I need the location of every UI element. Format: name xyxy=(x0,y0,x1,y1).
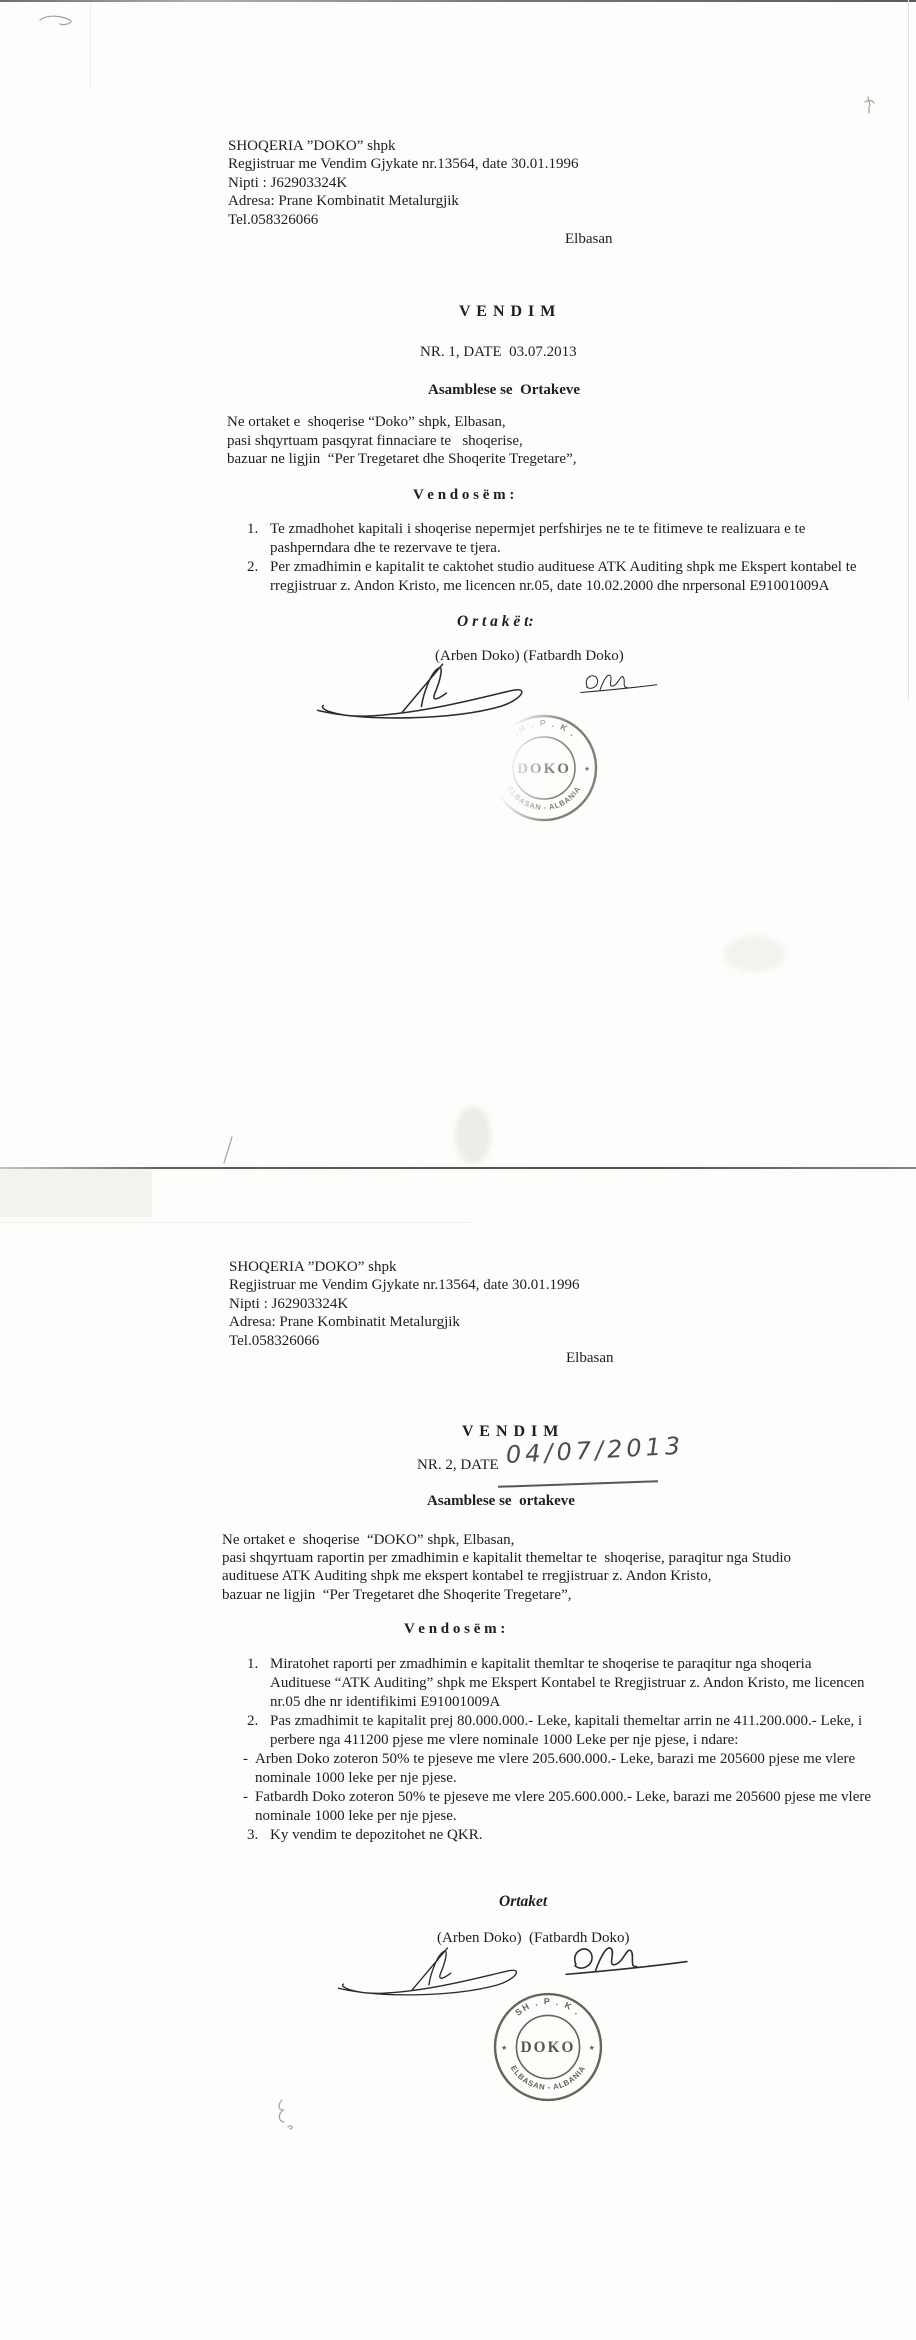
list-item: 2. Pas zmadhimit te kapitalit prej 80.00… xyxy=(247,1712,872,1826)
sub-item-text: Arben Doko zoteron 50% te pjeseve me vle… xyxy=(255,1750,872,1788)
phone-line: Tel.058326066 xyxy=(228,211,579,229)
page1-decision-list: 1. Te zmadhohet kapitali i shoqerise nep… xyxy=(247,520,869,596)
decide-heading: V e n d o s ë m : xyxy=(404,1620,505,1639)
city-label: Elbasan xyxy=(565,230,612,249)
item-text: Per zmadhimin e kapitalit te caktohet st… xyxy=(270,558,869,596)
signature-fatbardh-doko xyxy=(578,664,662,710)
sub-list-item: - Arben Doko zoteron 50% te pjeseve me v… xyxy=(243,1750,872,1788)
scan-speck xyxy=(862,94,878,116)
partners-heading: Ortaket xyxy=(499,1893,547,1912)
address-line: Adresa: Prane Kombinatit Metalurgjik xyxy=(229,1313,580,1331)
registration-line: Regjistruar me Vendim Gjykate nr.13564, … xyxy=(228,155,579,173)
intro-line: bazuar ne ligjin “Per Tregetaret dhe Sho… xyxy=(222,1586,791,1604)
intro-line: Ne ortaket e shoqerise “DOKO” shpk, Elba… xyxy=(222,1531,791,1549)
dash-bullet: - xyxy=(243,1750,255,1788)
decision-number-date: NR. 1, DATE 03.07.2013 xyxy=(420,344,577,361)
list-item: 1. Miratohet raporti per zmadhimin e kap… xyxy=(247,1655,872,1712)
scan-faint-line xyxy=(0,1222,470,1223)
item-text-main: Pas zmadhimit te kapitalit prej 80.000.0… xyxy=(270,1713,862,1748)
intro-line: pasi shqyrtuam raportin per zmadhimin e … xyxy=(222,1549,791,1567)
item-text: Pas zmadhimit te kapitalit prej 80.000.0… xyxy=(270,1712,872,1826)
sub-item-text: Fatbardh Doko zoteron 50% te pjeseve me … xyxy=(255,1788,872,1826)
address-line: Adresa: Prane Kombinatit Metalurgjik xyxy=(228,192,579,210)
company-stamp: SH . P . K . ELBASAN - ALBANIA DOKO ★ ★ xyxy=(492,1991,604,2108)
scan-top-edge xyxy=(0,0,916,2)
scanned-document: SHOQERIA ”DOKO” shpk Regjistruar me Vend… xyxy=(0,0,916,2340)
scan-faint-line xyxy=(90,2,91,87)
item-text: Miratohet raporti per zmadhimin e kapita… xyxy=(270,1655,872,1712)
page2-company-header: SHOQERIA ”DOKO” shpk Regjistruar me Vend… xyxy=(229,1258,580,1350)
page1-intro: Ne ortaket e shoqerise “Doko” shpk, Elba… xyxy=(227,413,576,469)
company-name: SHOQERIA ”DOKO” shpk xyxy=(229,1258,580,1276)
dash-bullet: - xyxy=(243,1788,255,1826)
item-text: Te zmadhohet kapitali i shoqerise neperm… xyxy=(270,520,869,558)
signature-fatbardh-doko xyxy=(562,1939,690,1993)
company-name: SHOQERIA ”DOKO” shpk xyxy=(228,137,579,155)
scan-pencil-mark xyxy=(36,10,78,34)
company-stamp: SH . P . K . ELBASAN - ALBANIA DOKO ★ ★ xyxy=(489,713,599,828)
intro-line: bazuar ne ligjin “Per Tregetaret dhe Sho… xyxy=(227,450,576,469)
stamp-center-text: DOKO xyxy=(521,2039,576,2056)
sub-list-item: - Fatbardh Doko zoteron 50% te pjeseve m… xyxy=(243,1788,872,1826)
decision-title: V E N D I M xyxy=(459,303,556,321)
list-item: 2. Per zmadhimin e kapitalit te caktohet… xyxy=(247,558,869,596)
item-number: 1. xyxy=(247,1655,270,1712)
item-number: 1. xyxy=(247,520,270,558)
assembly-heading: Asamblese se Ortakeve xyxy=(428,381,580,400)
item-text: Ky vendim te depozitohet ne QKR. xyxy=(270,1826,872,1845)
intro-line: Ne ortaket e shoqerise “Doko” shpk, Elba… xyxy=(227,413,576,432)
nipt-line: Nipti : J62903324K xyxy=(228,174,579,192)
list-item: 3. Ky vendim te depozitohet ne QKR. xyxy=(247,1826,872,1845)
scan-smudge xyxy=(724,936,786,972)
item-number: 2. xyxy=(247,558,270,596)
stamp-star-icon: ★ xyxy=(584,765,590,773)
stamp-star-icon: ★ xyxy=(589,2044,595,2052)
page1-company-header: SHOQERIA ”DOKO” shpk Regjistruar me Vend… xyxy=(228,137,579,229)
item-number: 3. xyxy=(247,1826,270,1845)
scan-right-edge xyxy=(908,0,909,700)
scan-smudge xyxy=(455,1106,491,1164)
decision-number-prefix: NR. 2, DATE xyxy=(417,1457,499,1474)
page2-intro: Ne ortaket e shoqerise “DOKO” shpk, Elba… xyxy=(222,1531,791,1604)
nipt-line: Nipti : J62903324K xyxy=(229,1295,580,1313)
scan-slash-mark xyxy=(220,1134,236,1166)
scan-edge-shadow xyxy=(0,1169,152,1217)
date-underline xyxy=(498,1480,658,1487)
city-label: Elbasan xyxy=(566,1349,613,1368)
stamp-center-text: DOKO xyxy=(517,761,571,777)
intro-line: pasi shqyrtuam pasqyrat finnaciare te sh… xyxy=(227,432,576,451)
partners-heading: O r t a k ë t: xyxy=(457,613,534,632)
page2-decision-list: 1. Miratohet raporti per zmadhimin e kap… xyxy=(247,1655,872,1845)
stamp-star-icon: ★ xyxy=(498,765,504,773)
intro-line: audituese ATK Auditing shpk me ekspert k… xyxy=(222,1567,791,1585)
stamp-star-icon: ★ xyxy=(501,2044,507,2052)
registration-line: Regjistruar me Vendim Gjykate nr.13564, … xyxy=(229,1276,580,1294)
assembly-heading: Asamblese se ortakeve xyxy=(427,1492,575,1511)
list-item: 1. Te zmadhohet kapitali i shoqerise nep… xyxy=(247,520,869,558)
decide-heading: V e n d o s ë m : xyxy=(413,486,514,505)
phone-line: Tel.058326066 xyxy=(229,1332,580,1350)
scan-scribble xyxy=(274,2094,302,2132)
